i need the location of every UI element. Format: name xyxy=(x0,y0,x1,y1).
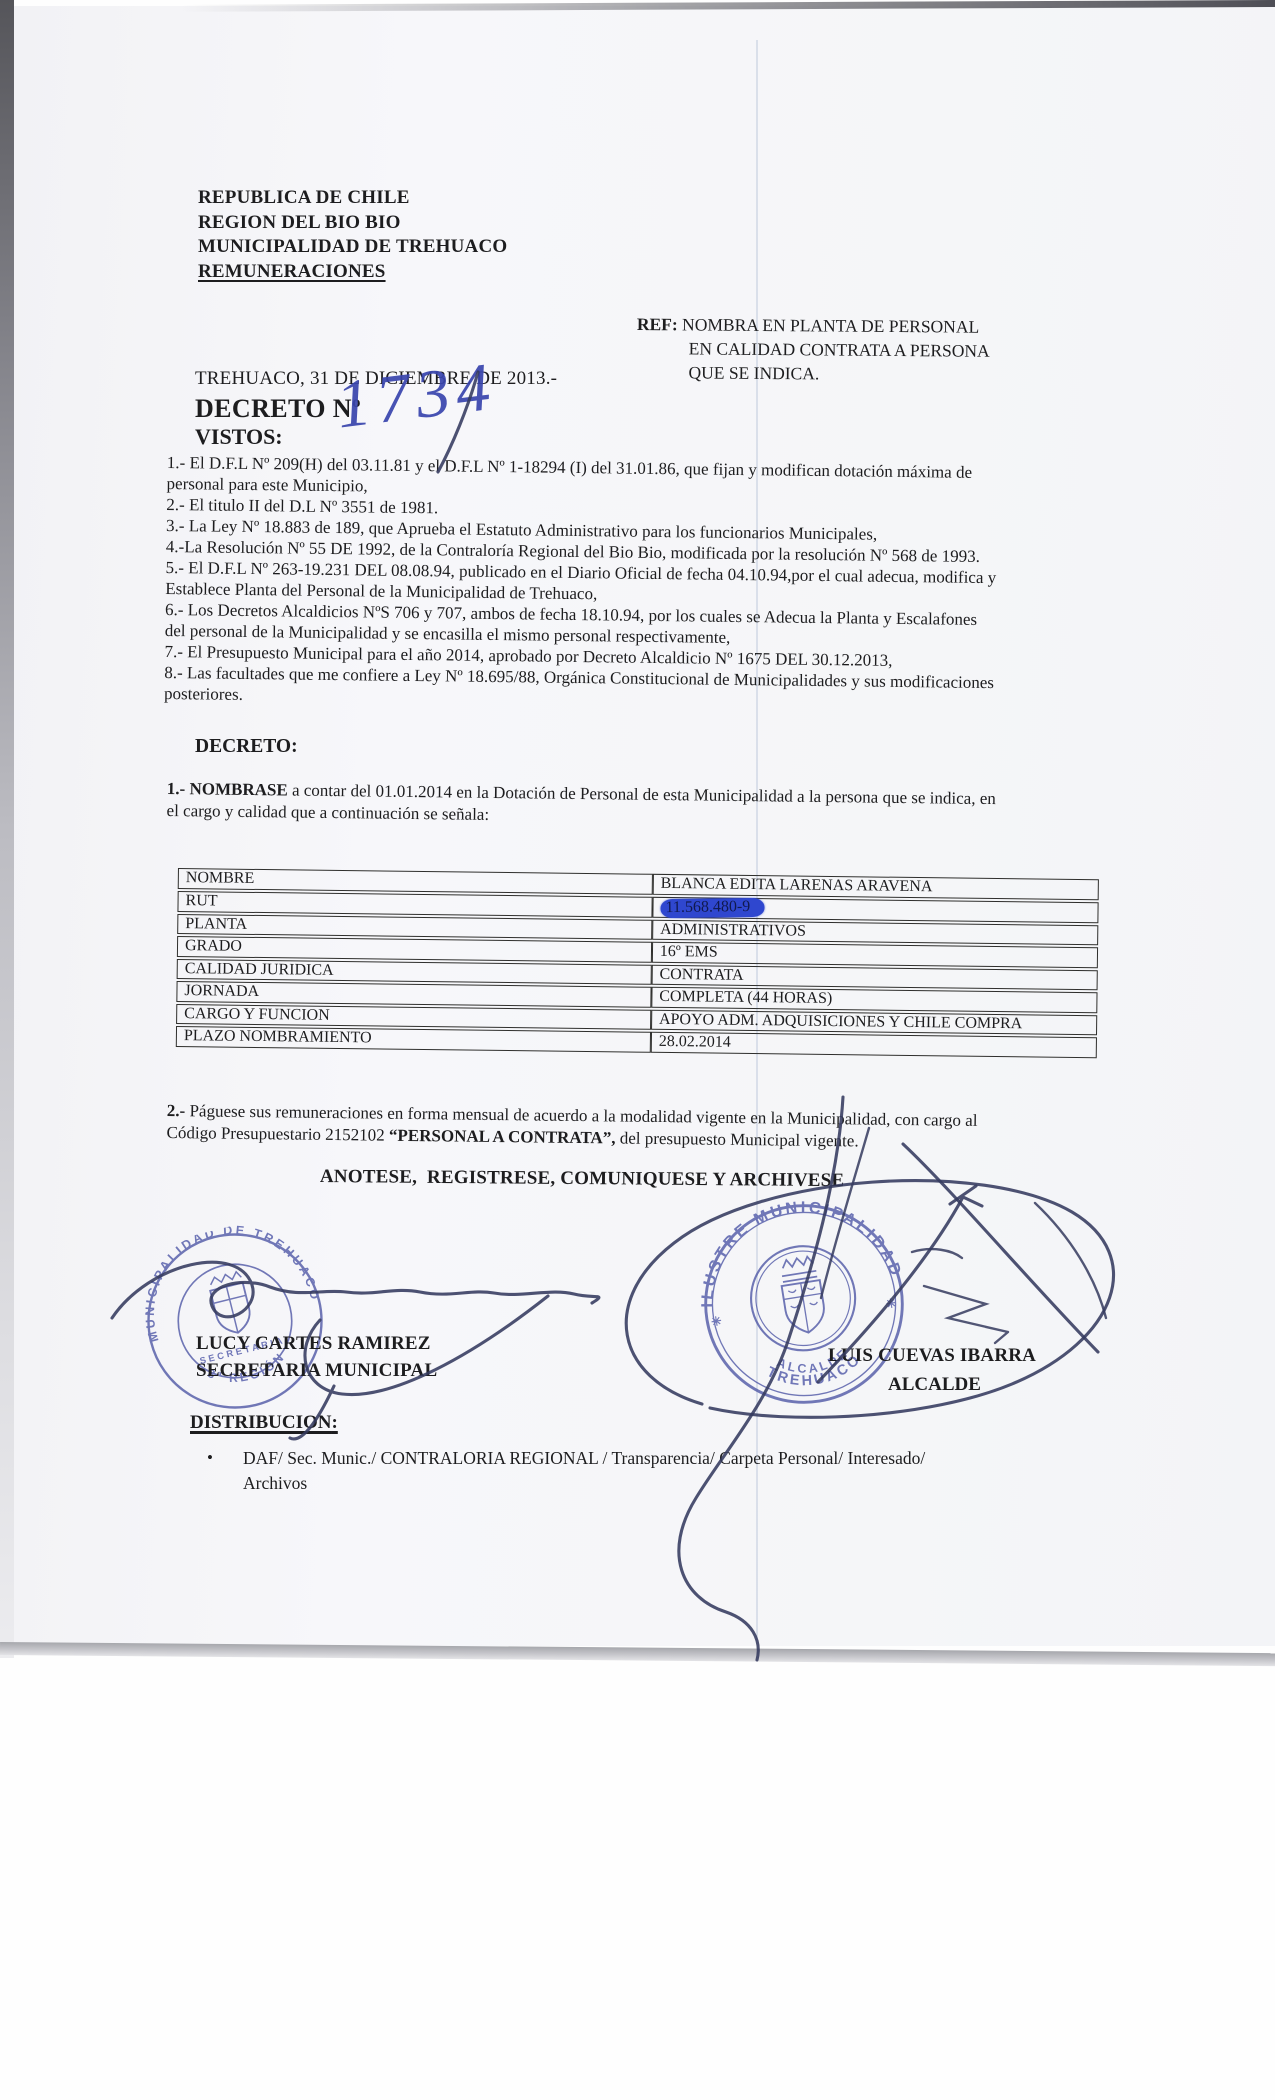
appointment-table: NOMBREBLANCA EDITA LARENAS ARAVENA RUT11… xyxy=(176,866,1099,1060)
row-value: 28.02.2014 xyxy=(651,1032,1097,1058)
appointment-table-wrap: NOMBREBLANCA EDITA LARENAS ARAVENA RUT11… xyxy=(176,866,1099,1060)
letterhead-department: REMUNERACIONES xyxy=(198,260,507,285)
scan-left-edge xyxy=(0,0,14,1658)
article-2-text-2: del presupuesto Municipal vigente. xyxy=(615,1128,858,1150)
row-value: 16º EMS xyxy=(652,942,1098,968)
rut-redaction-marker: 11.568.480-9 xyxy=(660,897,764,917)
row-label: CARGO Y FUNCION xyxy=(176,1003,651,1029)
closing-formula: ANOTESE, REGISTRESE, COMUNIQUESE Y ARCHI… xyxy=(320,1166,845,1192)
stamp-star-left: ✳ xyxy=(710,1313,725,1329)
article-1-lead: 1.- NOMBRASE xyxy=(167,779,288,799)
bullet-glyph: • xyxy=(207,1448,213,1468)
row-label: PLAZO NOMBRAMIENTO xyxy=(176,1026,651,1052)
vistos-list: 1.- El D.F.L Nº 209(H) del 03.11.81 y el… xyxy=(164,452,1167,716)
row-label: RUT xyxy=(177,890,652,917)
ref-block: REF: NOMBRA EN PLANTA DE PERSONAL EN CAL… xyxy=(636,312,1027,387)
ref-line-3: QUE SE INDICA. xyxy=(636,360,1026,387)
alcalde-title: ALCALDE xyxy=(888,1374,981,1396)
ref-line-2: EN CALIDAD CONTRATA A PERSONA xyxy=(637,336,1027,363)
letterhead-region: REGION DEL BIO BIO xyxy=(198,211,507,236)
letterhead-country: REPUBLICA DE CHILE xyxy=(198,186,507,211)
stamp-star-right: ✳ xyxy=(885,1296,900,1312)
ref-line-1: REF: NOMBRA EN PLANTA DE PERSONAL xyxy=(637,312,1027,339)
row-value: BLANCA EDITA LARENAS ARAVENA xyxy=(653,874,1099,900)
article-2-lead: 2.- xyxy=(167,1101,186,1120)
scanned-decree-page: REPUBLICA DE CHILE REGION DEL BIO BIO MU… xyxy=(0,0,1275,2100)
row-value: COMPLETA (44 HORAS) xyxy=(651,987,1097,1013)
decreto-heading: DECRETO: xyxy=(195,736,298,758)
row-value: 11.568.480-9 xyxy=(652,896,1098,922)
letterhead-municipality: MUNICIPALIDAD DE TREHUACO xyxy=(198,235,507,260)
letterhead: REPUBLICA DE CHILE REGION DEL BIO BIO MU… xyxy=(198,186,507,284)
article-2-bold: “PERSONAL A CONTRATA”, xyxy=(389,1125,616,1147)
row-value: ADMINISTRATIVOS xyxy=(652,919,1098,945)
secretaria-name: LUCY CARTES RAMIREZ xyxy=(196,1330,437,1357)
alcalde-name: LUIS CUEVAS IBARRA xyxy=(828,1345,1036,1367)
row-value: CONTRATA xyxy=(651,964,1097,990)
secretaria-title: SECRETARIA MUNICIPAL xyxy=(196,1357,437,1384)
distribution-heading: DISTRIBUCION: xyxy=(190,1412,338,1434)
row-value: APOYO ADM. ADQUISICIONES Y CHILE COMPRA xyxy=(651,1009,1097,1035)
row-label: PLANTA xyxy=(177,913,652,939)
row-label: CALIDAD JURIDICA xyxy=(177,958,652,984)
row-label: NOMBRE xyxy=(178,868,653,894)
ref-label: REF: xyxy=(637,314,678,334)
article-1-text: a contar del 01.01.2014 en la Dotación d… xyxy=(166,780,995,823)
distribution-item: DAF/ Sec. Munic./ CONTRALORIA REGIONAL /… xyxy=(243,1446,1053,1496)
row-label: GRADO xyxy=(177,936,652,962)
vistos-heading: VISTOS: xyxy=(195,424,283,450)
row-label: JORNADA xyxy=(176,981,651,1007)
left-signature-block: LUCY CARTES RAMIREZ SECRETARIA MUNICIPAL xyxy=(196,1330,437,1384)
